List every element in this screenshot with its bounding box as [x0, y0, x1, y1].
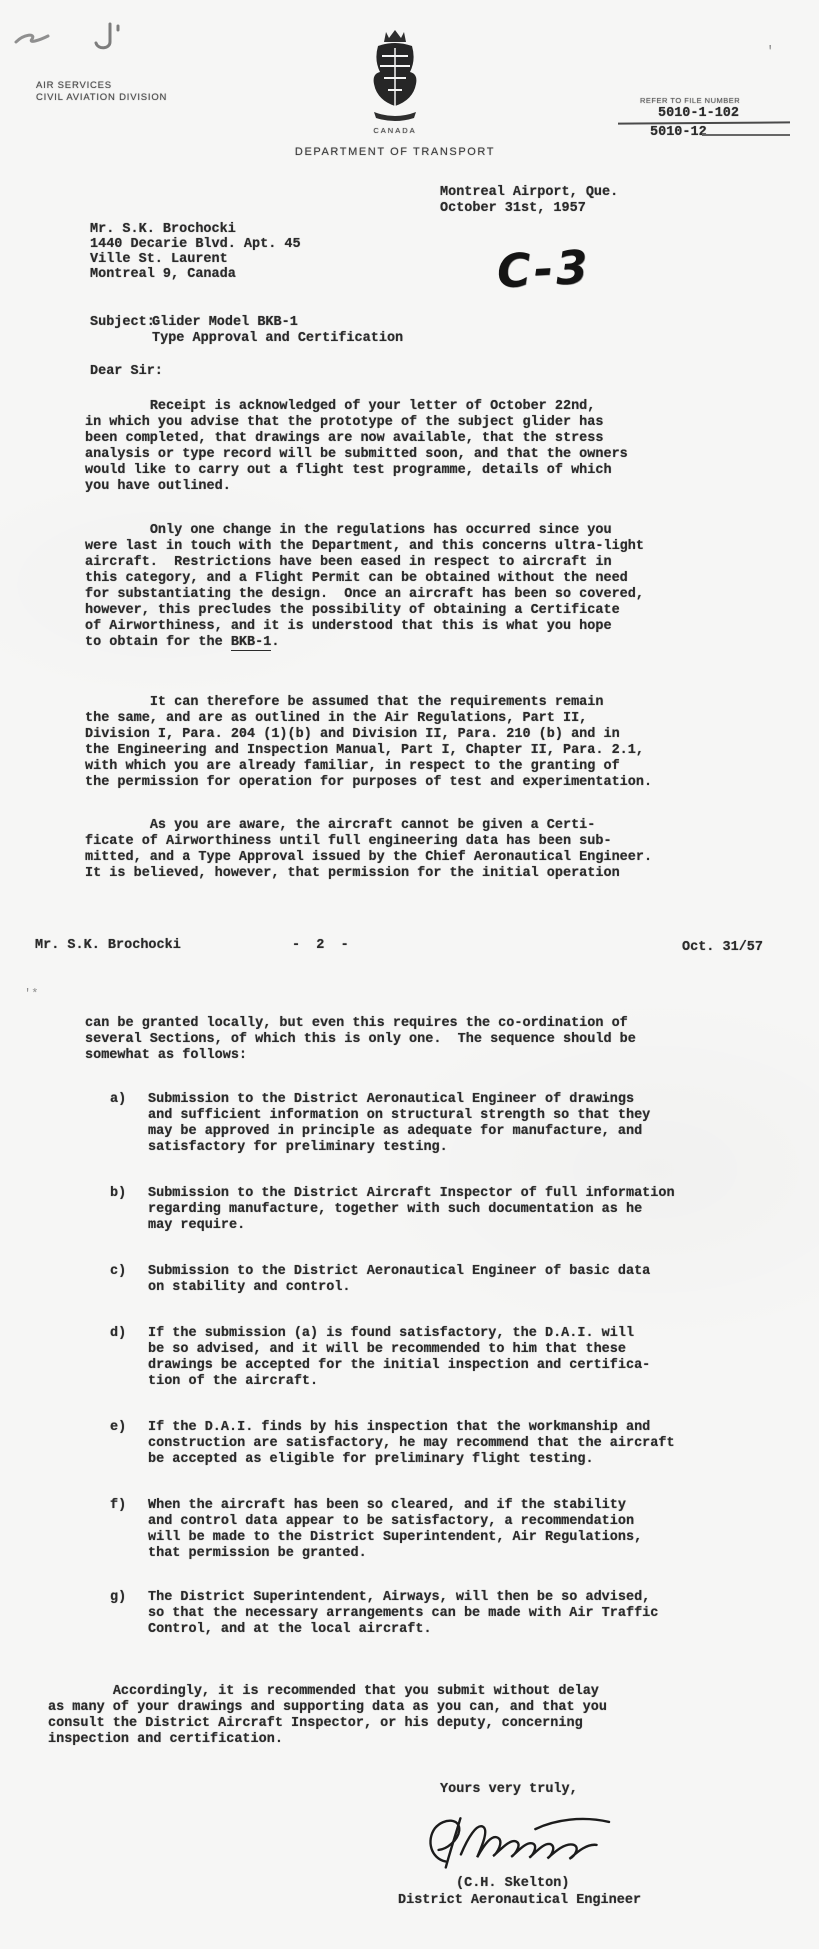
stray-mark: '	[766, 44, 774, 60]
paragraph-2-text: Only one change in the regulations has o…	[85, 523, 644, 650]
page2-header-name: Mr. S.K. Brochocki	[35, 938, 181, 954]
dateline-date: October 31st, 1957	[440, 201, 586, 217]
list-item-text: When the aircraft has been so cleared, a…	[148, 1498, 642, 1562]
list-item-c: c) Submission to the District Aeronautic…	[110, 1264, 730, 1296]
list-item-d: d) If the submission (a) is found satisf…	[110, 1326, 730, 1390]
list-item-label: f)	[110, 1498, 148, 1562]
list-item-b: b) Submission to the District Aircraft I…	[110, 1186, 730, 1234]
handwritten-file-code: C-3	[496, 240, 593, 299]
signer-title: District Aeronautical Engineer	[398, 1893, 641, 1909]
pencil-mark-icon	[10, 16, 140, 56]
list-item-text: If the submission (a) is found satisfact…	[148, 1326, 650, 1390]
paragraph-2-period: .	[271, 635, 279, 650]
file-number-1: 5010-1-102	[658, 106, 739, 122]
paragraph-2-underlined-model: BKB-1	[231, 635, 272, 651]
scanned-letter-page: ' AIR SERVICES CIVIL AVIATION DIVISION C…	[0, 0, 819, 1949]
list-item-text: The District Superintendent, Airways, wi…	[148, 1590, 658, 1638]
letterhead-division-line1: AIR SERVICES	[36, 80, 112, 92]
list-item-label: a)	[110, 1092, 148, 1156]
list-item-label: b)	[110, 1186, 148, 1234]
complimentary-close: Yours very truly,	[440, 1782, 578, 1798]
list-item-label: c)	[110, 1264, 148, 1296]
file-number-rule-2	[702, 134, 790, 136]
list-item-label: g)	[110, 1590, 148, 1638]
page2-intro-paragraph: can be granted locally, but even this re…	[85, 1016, 715, 1064]
signer-name: (C.H. Skelton)	[456, 1876, 569, 1892]
margin-mark: '*	[24, 986, 38, 1002]
letterhead-division-line2: CIVIL AVIATION DIVISION	[36, 92, 167, 104]
closing-paragraph: Accordingly, it is recommended that you …	[48, 1684, 708, 1748]
list-item-g: g) The District Superintendent, Airways,…	[110, 1590, 740, 1638]
paragraph-4: As you are aware, the aircraft cannot be…	[85, 818, 725, 882]
list-item-a: a) Submission to the District Aeronautic…	[110, 1092, 730, 1156]
salutation: Dear Sir:	[90, 364, 163, 380]
page2-header-page-number: - 2 -	[292, 938, 349, 954]
recipient-address: Mr. S.K. Brochocki 1440 Decarie Blvd. Ap…	[90, 222, 301, 282]
file-number-label: REFER TO FILE NUMBER	[640, 96, 740, 105]
signature	[416, 1797, 630, 1881]
list-item-f: f) When the aircraft has been so cleared…	[110, 1498, 740, 1562]
paragraph-1: Receipt is acknowledged of your letter o…	[85, 399, 705, 495]
paragraph-2: Only one change in the regulations has o…	[85, 523, 705, 651]
list-item-text: Submission to the District Aeronautical …	[148, 1264, 650, 1296]
paragraph-3: It can therefore be assumed that the req…	[85, 695, 725, 791]
file-number-2: 5010-12	[650, 125, 707, 141]
coat-of-arms-icon	[366, 26, 424, 126]
subject-label: Subject:	[90, 315, 155, 331]
subject-line2: Type Approval and Certification	[152, 331, 403, 347]
page2-header-date: Oct. 31/57	[682, 940, 763, 956]
list-item-label: d)	[110, 1326, 148, 1390]
list-item-text: Submission to the District Aircraft Insp…	[148, 1186, 675, 1234]
list-item-text: Submission to the District Aeronautical …	[148, 1092, 650, 1156]
department-title: DEPARTMENT OF TRANSPORT	[295, 146, 495, 158]
dateline-place: Montreal Airport, Que.	[440, 185, 618, 201]
list-item-text: If the D.A.I. finds by his inspection th…	[148, 1420, 675, 1468]
crest-caption: CANADA	[373, 126, 416, 135]
subject-line1: Glider Model BKB-1	[152, 315, 298, 331]
list-item-e: e) If the D.A.I. finds by his inspection…	[110, 1420, 740, 1468]
list-item-label: e)	[110, 1420, 148, 1468]
